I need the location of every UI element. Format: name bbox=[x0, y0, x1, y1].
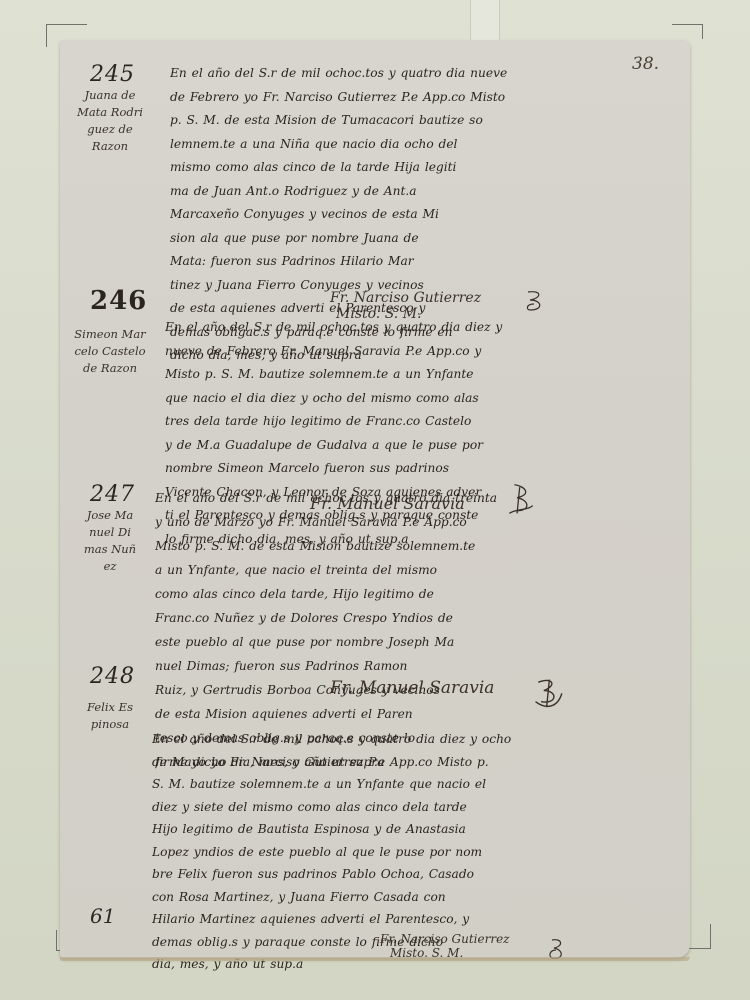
text-line: de Mayo yo Fr. Narciso Gutierrez P.e App… bbox=[152, 751, 572, 774]
entry-number: 248 bbox=[60, 664, 160, 689]
signature-name: Fr. Narciso Gutierrez bbox=[330, 290, 481, 306]
margin-name-line: Juana de bbox=[60, 87, 160, 104]
text-line: Marcaxeño Conyuges y vecinos de esta Mi bbox=[170, 203, 565, 227]
text-line: nuel Dimas; fueron sus Padrinos Ramon bbox=[155, 654, 565, 678]
signature-title: Misto. S. M. bbox=[380, 946, 510, 960]
rubric-flourish-icon bbox=[546, 936, 568, 962]
margin-name-line: de Razon bbox=[60, 360, 160, 377]
margin-name-line: ez bbox=[60, 558, 160, 575]
text-line: bre Felix fueron sus padrinos Pablo Ocho… bbox=[152, 863, 572, 886]
signature-name: Fr. Narciso Gutierrez bbox=[380, 932, 510, 946]
text-line: En el año del S.r de mil ochoc.tos y qua… bbox=[155, 486, 565, 510]
entry-margin: 245 Juana de Mata Rodri guez de Razon bbox=[60, 62, 160, 155]
text-line: de esta Mision aquienes adverti el Paren bbox=[155, 702, 565, 726]
margin-name-line: celo Castelo bbox=[60, 343, 160, 360]
margin-name-line: Jose Ma bbox=[60, 507, 160, 524]
text-line: Misto p. S. M. bautize solemnem.te a un … bbox=[165, 363, 565, 387]
text-line: Hijo legitimo de Bautista Espinosa y de … bbox=[152, 818, 572, 841]
text-line: S. M. bautize solemnem.te a un Ynfante q… bbox=[152, 773, 572, 796]
margin-name-line: nuel Di bbox=[60, 524, 160, 541]
text-line: que nacio el dia diez y ocho del mismo c… bbox=[165, 387, 565, 411]
mounting-strip bbox=[470, 0, 500, 42]
text-line: y de M.a Guadalupe de Gudalva a que le p… bbox=[165, 434, 565, 458]
margin-name-line: Simeon Mar bbox=[60, 326, 160, 343]
manuscript-page: 38. 245 Juana de Mata Rodri guez de Razo… bbox=[60, 40, 690, 958]
signature-name: Fr. Manuel Saravia bbox=[330, 678, 494, 698]
margin-name-line: Razon bbox=[60, 138, 160, 155]
margin-name-line: Mata Rodri bbox=[60, 104, 160, 121]
text-line: como alas cinco dela tarde, Hijo legitim… bbox=[155, 582, 565, 606]
text-line: Hilario Martinez aquienes adverti el Par… bbox=[152, 908, 572, 931]
text-line: mismo como alas cinco de la tarde Hija l… bbox=[170, 156, 565, 180]
text-line: de Febrero yo Fr. Narciso Gutierrez P.e … bbox=[170, 86, 565, 110]
text-line: a un Ynfante, que nacio el treinta del m… bbox=[155, 558, 565, 582]
signature-block: Fr. Manuel Saravia bbox=[330, 678, 494, 698]
text-line: nueve de Febrero Fr. Manuel Saravia P.e … bbox=[165, 340, 565, 364]
corner-mark-bottom-right bbox=[688, 924, 711, 949]
text-line: En el año del S.r de mil ochoc.s y quatr… bbox=[152, 728, 572, 751]
entry-margin: 246 Simeon Mar celo Castelo de Razon bbox=[60, 286, 160, 377]
entry-number: 245 bbox=[60, 62, 160, 87]
text-line: Lopez yndios de este pueblo al que le pu… bbox=[152, 841, 572, 864]
text-line: y uno de Marzo yo Fr. Manuel Saravia P.e… bbox=[155, 510, 565, 534]
margin-name-line: mas Nuñ bbox=[60, 541, 160, 558]
entry-number: 246 bbox=[60, 286, 160, 316]
entry-margin: 247 Jose Ma nuel Di mas Nuñ ez bbox=[60, 482, 160, 575]
text-line: Franc.co Nuñez y de Dolores Crespo Yndio… bbox=[155, 606, 565, 630]
text-line: este pueblo al que puse por nombre Josep… bbox=[155, 630, 565, 654]
text-line: En el año del S.r de mil ochoc.tos y qua… bbox=[170, 62, 565, 86]
text-line: nombre Simeon Marcelo fueron sus padrino… bbox=[165, 457, 565, 481]
text-line: con Rosa Martinez, y Juana Fierro Casada… bbox=[152, 886, 572, 909]
text-line: sion ala que puse por nombre Juana de bbox=[170, 227, 565, 251]
corner-mark-top-right bbox=[672, 24, 703, 39]
text-line: Misto p. S. M. de esta Mision bautize so… bbox=[155, 534, 565, 558]
page-corner-number: 61 bbox=[90, 904, 115, 928]
text-line: En el año del S.r de mil ochoc.tos y qua… bbox=[165, 316, 565, 340]
margin-name-line: pinosa bbox=[60, 716, 160, 733]
text-line: tres dela tarde hijo legitimo de Franc.c… bbox=[165, 410, 565, 434]
folio-number: 38. bbox=[632, 54, 659, 74]
text-line: diez y siete del mismo como alas cinco d… bbox=[152, 796, 572, 819]
rubric-flourish-icon bbox=[528, 674, 568, 710]
text-line: ma de Juan Ant.o Rodriguez y de Ant.a bbox=[170, 180, 565, 204]
rubric-flourish-icon bbox=[524, 288, 546, 314]
entry-margin: 248 Felix Es pinosa bbox=[60, 664, 160, 733]
text-line: Mata: fueron sus Padrinos Hilario Mar bbox=[170, 250, 565, 274]
signature-block: Fr. Narciso Gutierrez Misto. S. M. bbox=[380, 932, 510, 960]
text-line: lemnem.te a una Niña que nacio dia ocho … bbox=[170, 133, 565, 157]
entry-number: 247 bbox=[60, 482, 160, 507]
text-line: dia, mes, y año ut sup.a bbox=[152, 953, 572, 976]
margin-name-line: Felix Es bbox=[60, 699, 160, 716]
margin-name-line: guez de bbox=[60, 121, 160, 138]
text-line: p. S. M. de esta Mision de Tumacacori ba… bbox=[170, 109, 565, 133]
